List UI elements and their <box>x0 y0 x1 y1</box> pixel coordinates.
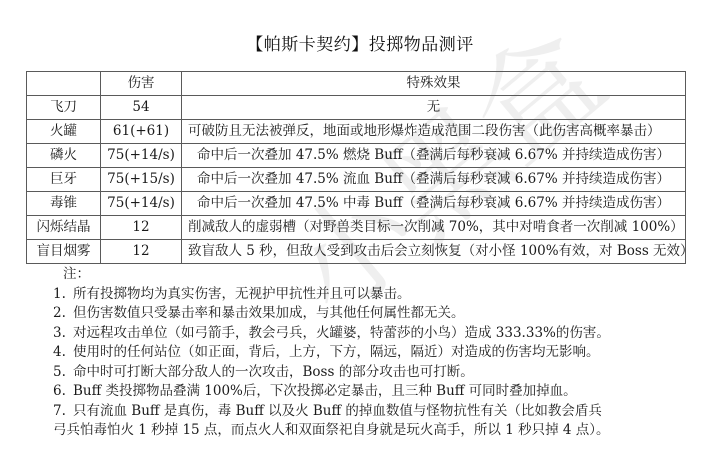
note-item: 7.只有流血 Buff 是真伤，毒 Buff 以及火 Buff 的掉血数值与怪物… <box>53 402 713 422</box>
note-item: 5.命中时可打断大部分敌人的一次攻击，Boss 的部分攻击也可打断。 <box>53 363 713 383</box>
note-text: 对远程攻击单位（如弓箭手，教会弓兵，火罐婆，特蕾莎的小鸟）造成 333.33%的… <box>73 325 610 341</box>
table-row: 飞刀 54 无 <box>27 96 686 120</box>
item-damage: 75(+15/s) <box>101 168 182 192</box>
item-damage: 12 <box>101 240 182 264</box>
note-continuation: 弓兵怕毒怕火 1 秒掉 15 点，而点火人和双面祭祀自身就是玩火高手，所以 1 … <box>53 421 713 441</box>
note-number: 3. <box>53 324 73 344</box>
table-row: 盲目烟雾 12 致盲敌人 5 秒，但敌人受到攻击后会立刻恢复（对小怪 100%有… <box>27 240 686 264</box>
item-effect: 命中后一次叠加 47.5% 流血 Buff（叠满后每秒衰减 6.67% 并持续造… <box>182 168 686 192</box>
item-name: 磷火 <box>27 144 101 168</box>
item-name: 盲目烟雾 <box>27 240 101 264</box>
note-item: 6.Buff 类投掷物品叠满 100%后，下次投掷必定暴击，且三种 Buff 可… <box>53 382 713 402</box>
note-item: 2.但伤害数值只受暴击率和暴击效果加成，与其他任何属性都无关。 <box>53 304 713 324</box>
item-damage: 75(+14/s) <box>101 192 182 216</box>
item-name: 飞刀 <box>27 96 101 120</box>
item-effect: 致盲敌人 5 秒，但敌人受到攻击后会立刻恢复（对小怪 100%有效，对 Boss… <box>182 240 686 264</box>
note-number: 7. <box>53 402 73 422</box>
item-damage: 75(+14/s) <box>101 144 182 168</box>
table-header-row: 伤害 特殊效果 <box>27 72 686 96</box>
note-text: 使用时的任何站位（如正面，背后，上方，下方，隔远，隔近）对造成的伤害均无影响。 <box>73 344 600 360</box>
note-number: 1. <box>53 285 73 305</box>
item-name: 火罐 <box>27 120 101 144</box>
header-effect: 特殊效果 <box>182 72 686 96</box>
note-number: 2. <box>53 304 73 324</box>
table-row: 巨牙 75(+15/s) 命中后一次叠加 47.5% 流血 Buff（叠满后每秒… <box>27 168 686 192</box>
throwables-table: 伤害 特殊效果 飞刀 54 无 火罐 61(+61) 可破防且无法被弹反，地面或… <box>26 71 686 264</box>
notes-section: 注： 1.所有投掷物均为真实伤害，无视护甲抗性并且可以暴击。 2.但伤害数值只受… <box>53 265 713 441</box>
note-number: 6. <box>53 382 73 402</box>
item-name: 巨牙 <box>27 168 101 192</box>
item-name: 闪烁结晶 <box>27 216 101 240</box>
item-effect: 命中后一次叠加 47.5% 中毒 Buff（叠满后每秒衰减 6.67% 并持续造… <box>182 192 686 216</box>
item-effect: 削减敌人的虚弱槽（对野兽类目标一次削减 70%，其中对啃食者一次削减 100%） <box>182 216 686 240</box>
table-row: 毒锥 75(+14/s) 命中后一次叠加 47.5% 中毒 Buff（叠满后每秒… <box>27 192 686 216</box>
item-effect: 可破防且无法被弹反，地面或地形爆炸造成范围二段伤害（此伤害高概率暴击） <box>182 120 686 144</box>
note-text: 命中时可打断大部分敌人的一次攻击，Boss 的部分攻击也可打断。 <box>73 364 474 380</box>
item-damage: 54 <box>101 96 182 120</box>
header-name <box>27 72 101 96</box>
item-effect: 无 <box>182 96 686 120</box>
table-row: 磷火 75(+14/s) 命中后一次叠加 47.5% 燃烧 Buff（叠满后每秒… <box>27 144 686 168</box>
item-name: 毒锥 <box>27 192 101 216</box>
table-row: 闪烁结晶 12 削减敌人的虚弱槽（对野兽类目标一次削减 70%，其中对啃食者一次… <box>27 216 686 240</box>
note-text: Buff 类投掷物品叠满 100%后，下次投掷必定暴击，且三种 Buff 可同时… <box>73 383 577 399</box>
table-row: 火罐 61(+61) 可破防且无法被弹反，地面或地形爆炸造成范围二段伤害（此伤害… <box>27 120 686 144</box>
note-item: 4.使用时的任何站位（如正面，背后，上方，下方，隔远，隔近）对造成的伤害均无影响… <box>53 343 713 363</box>
note-number: 5. <box>53 363 73 383</box>
note-item: 1.所有投掷物均为真实伤害，无视护甲抗性并且可以暴击。 <box>53 285 713 305</box>
item-damage: 61(+61) <box>101 120 182 144</box>
notes-label: 注： <box>63 265 713 285</box>
page-title: 【帕斯卡契约】投掷物品测评 <box>0 30 720 55</box>
item-damage: 12 <box>101 216 182 240</box>
note-text: 所有投掷物均为真实伤害，无视护甲抗性并且可以暴击。 <box>73 286 411 302</box>
note-item: 3.对远程攻击单位（如弓箭手，教会弓兵，火罐婆，特蕾莎的小鸟）造成 333.33… <box>53 324 713 344</box>
header-damage: 伤害 <box>101 72 182 96</box>
note-text: 但伤害数值只受暴击率和暴击效果加成，与其他任何属性都无关。 <box>73 305 465 321</box>
note-number: 4. <box>53 343 73 363</box>
item-effect: 命中后一次叠加 47.5% 燃烧 Buff（叠满后每秒衰减 6.67% 并持续造… <box>182 144 686 168</box>
note-text: 只有流血 Buff 是真伤，毒 Buff 以及火 Buff 的掉血数值与怪物抗性… <box>73 403 602 419</box>
